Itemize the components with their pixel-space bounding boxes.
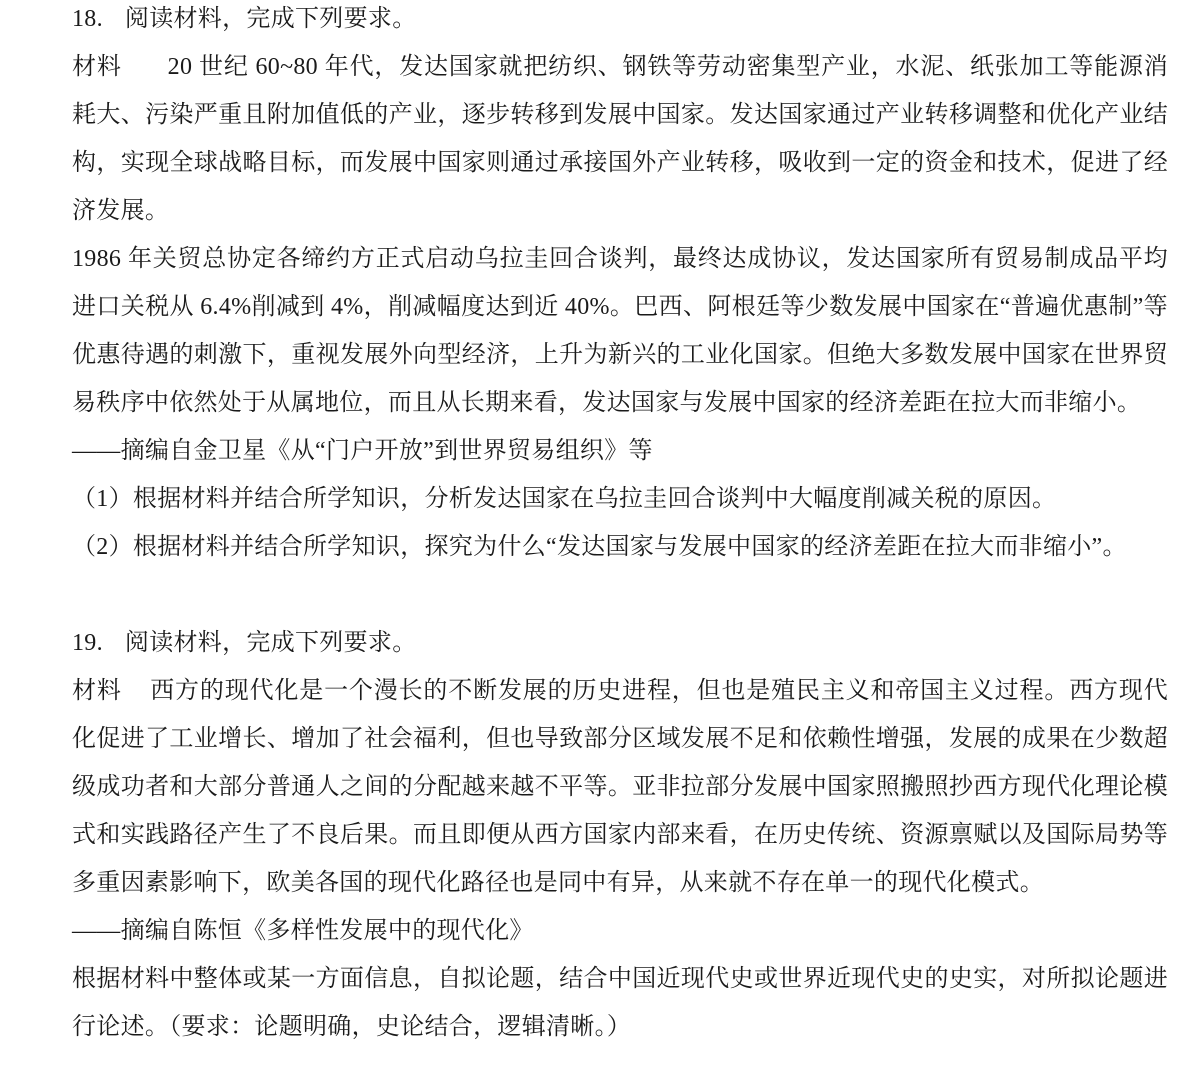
question-18: 18.阅读材料，完成下列要求。 材料20 世纪 60~80 年代，发达国家就把纺… — [72, 0, 1168, 571]
question-18-heading: 18.阅读材料，完成下列要求。 — [72, 0, 1168, 43]
question-19-source-citation: ——摘编自陈恒《多样性发展中的现代化》 — [72, 907, 1168, 955]
question-18-source-citation: ——摘编自金卫星《从“门户开放”到世界贸易组织》等 — [72, 427, 1168, 475]
question-18-number: 18. — [72, 6, 103, 32]
document-page: 18.阅读材料，完成下列要求。 材料20 世纪 60~80 年代，发达国家就把纺… — [0, 0, 1190, 1087]
question-19: 19.阅读材料，完成下列要求。 材料西方的现代化是一个漫长的不断发展的历史进程，… — [72, 619, 1168, 1051]
question-19-material-paragraph: 材料西方的现代化是一个漫长的不断发展的历史进程，但也是殖民主义和帝国主义过程。西… — [72, 667, 1168, 907]
question-18-material-paragraph-2: 1986 年关贸总协定各缔约方正式启动乌拉圭回合谈判，最终达成协议，发达国家所有… — [72, 235, 1168, 427]
question-19-heading-text: 阅读材料，完成下列要求。 — [125, 630, 417, 656]
question-18-material-text: 20 世纪 60~80 年代，发达国家就把纺织、钢铁等劳动密集型产业，水泥、纸张… — [72, 54, 1168, 224]
question-19-material-text: 西方的现代化是一个漫长的不断发展的历史进程，但也是殖民主义和帝国主义过程。西方现… — [72, 678, 1168, 896]
question-19-heading: 19.阅读材料，完成下列要求。 — [72, 619, 1168, 667]
question-18-heading-text: 阅读材料，完成下列要求。 — [125, 6, 417, 32]
material-label: 材料 — [72, 678, 122, 704]
question-19-number: 19. — [72, 630, 103, 656]
question-18-subquestion-1: （1）根据材料并结合所学知识，分析发达国家在乌拉圭回合谈判中大幅度削减关税的原因… — [72, 475, 1168, 523]
question-18-subquestion-2: （2）根据材料并结合所学知识，探究为什么“发达国家与发展中国家的经济差距在拉大而… — [72, 523, 1168, 571]
material-label: 材料 — [72, 54, 122, 80]
question-19-task: 根据材料中整体或某一方面信息，自拟论题，结合中国近现代史或世界近现代史的史实，对… — [72, 955, 1168, 1051]
question-18-material-paragraph-1: 材料20 世纪 60~80 年代，发达国家就把纺织、钢铁等劳动密集型产业，水泥、… — [72, 43, 1168, 235]
document-content: 18.阅读材料，完成下列要求。 材料20 世纪 60~80 年代，发达国家就把纺… — [72, 0, 1168, 1051]
